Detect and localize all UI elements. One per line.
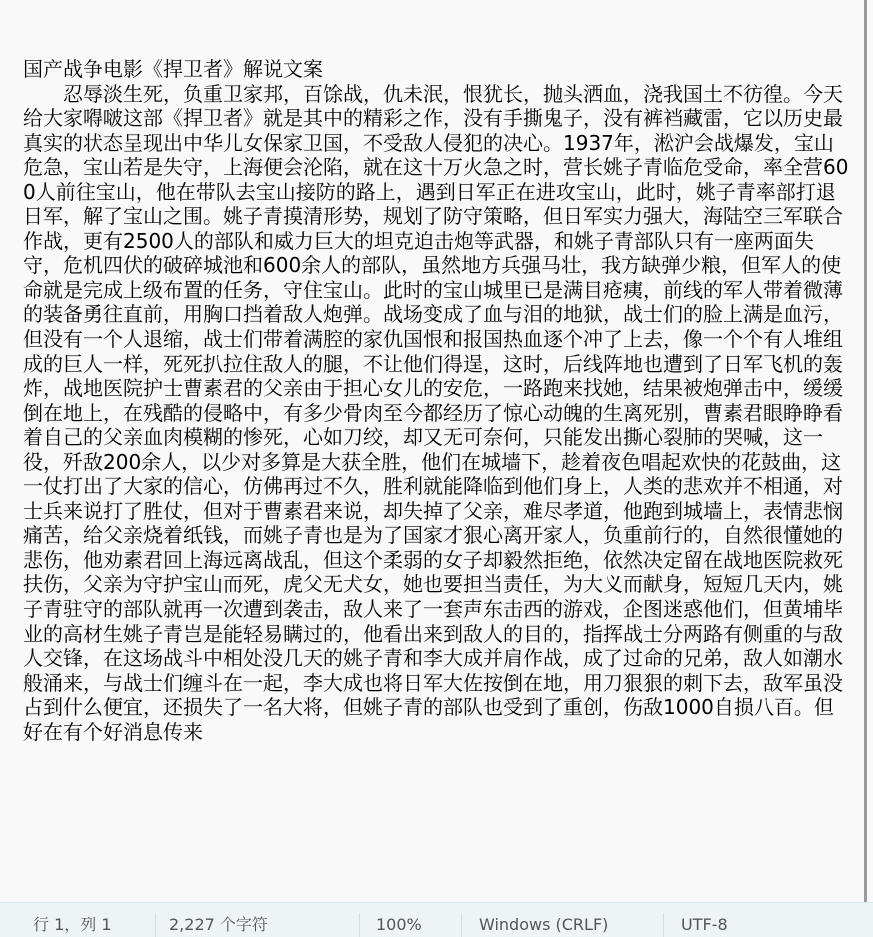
text-editor[interactable]: 国产战争电影《捍卫者》解说文案 忍辱淡生死，负重卫家邦，百馀战，仇未泯，恨犹长，… [0, 0, 865, 902]
cursor-position[interactable]: 行 1，列 1 [33, 903, 112, 937]
document-title: 国产战争电影《捍卫者》解说文案 [23, 57, 849, 82]
character-count: 2,227 个字符 [169, 903, 268, 937]
status-separator [359, 913, 360, 937]
line-ending[interactable]: Windows (CRLF) [479, 903, 608, 937]
document-body: 忍辱淡生死，负重卫家邦，百馀战，仇未泯，恨犹长，抛头洒血，浇我国土不彷徨。今天给… [23, 82, 849, 745]
zoom-level[interactable]: 100% [376, 903, 422, 937]
status-separator [155, 913, 156, 937]
encoding[interactable]: UTF-8 [681, 903, 728, 937]
status-bar: 行 1，列 1 2,227 个字符 100% Windows (CRLF) UT… [0, 902, 873, 937]
vertical-scrollbar[interactable] [864, 0, 867, 902]
status-separator [461, 913, 462, 937]
status-separator [663, 913, 664, 937]
document-text[interactable]: 国产战争电影《捍卫者》解说文案 忍辱淡生死，负重卫家邦，百馀战，仇未泯，恨犹长，… [23, 57, 849, 744]
